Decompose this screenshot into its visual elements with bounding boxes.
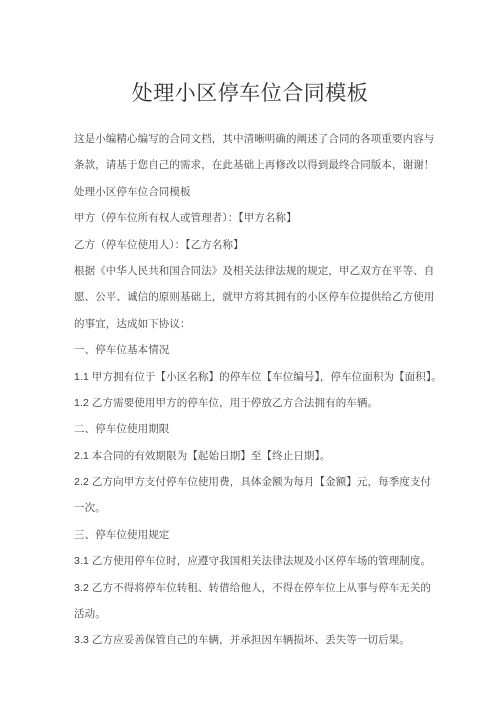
preamble-line-2: 愿、公平、诚信的原则基础上，就甲方将其拥有的小区停车位提供给乙方使用 xyxy=(74,284,434,310)
document-title: 处理小区停车位合同模板 xyxy=(0,83,500,105)
clause-3-2-line-1: 3.2 乙方不得将停车位转租、转借给他人，不得在停车位上从事与停车无关的 xyxy=(74,575,434,601)
clause-2-2-line-1: 2.2 乙方向甲方支付停车位使用费，具体金额为每月【金额】元，每季度支付 xyxy=(74,469,434,495)
clause-1-2: 1.2 乙方需要使用甲方的停车位，用于停放乙方合法拥有的车辆。 xyxy=(74,390,434,416)
clause-2-2-line-2: 一次。 xyxy=(74,495,434,521)
preamble-line-1: 根据《中华人民共和国合同法》及相关法律法规的规定，甲乙双方在平等、自 xyxy=(74,258,434,284)
subtitle-line: 处理小区停车位合同模板 xyxy=(74,179,434,205)
document-page: 处理小区停车位合同模板 这是小编精心编写的合同文档，其中清晰明确的阐述了合同的各… xyxy=(0,0,500,707)
clause-3-3: 3.3 乙方应妥善保管自己的车辆，并承担因车辆损坏、丢失等一切后果。 xyxy=(74,627,434,653)
intro-line-2: 条款，请基于您自己的需求，在此基础上再修改以得到最终合同版本，谢谢！ xyxy=(74,152,434,178)
party-a-line: 甲方（停车位所有权人或管理者）：【甲方名称】 xyxy=(74,205,434,231)
party-b-line: 乙方（停车位使用人）：【乙方名称】 xyxy=(74,232,434,258)
document-body: 这是小编精心编写的合同文档，其中清晰明确的阐述了合同的各项重要内容与 条款，请基… xyxy=(74,126,434,654)
section-3-heading: 三、停车位使用规定 xyxy=(74,522,434,548)
preamble-line-3: 的事宜，达成如下协议： xyxy=(74,311,434,337)
intro-line-1: 这是小编精心编写的合同文档，其中清晰明确的阐述了合同的各项重要内容与 xyxy=(74,126,434,152)
section-1-heading: 一、停车位基本情况 xyxy=(74,337,434,363)
section-2-heading: 二、停车位使用期限 xyxy=(74,416,434,442)
clause-1-1: 1.1 甲方拥有位于【小区名称】的停车位【车位编号】，停车位面积为【面积】。 xyxy=(74,364,434,390)
clause-2-1: 2.1 本合同的有效期限为【起始日期】至【终止日期】。 xyxy=(74,443,434,469)
clause-3-1: 3.1 乙方使用停车位时，应遵守我国相关法律法规及小区停车场的管理制度。 xyxy=(74,548,434,574)
clause-3-2-line-2: 活动。 xyxy=(74,601,434,627)
